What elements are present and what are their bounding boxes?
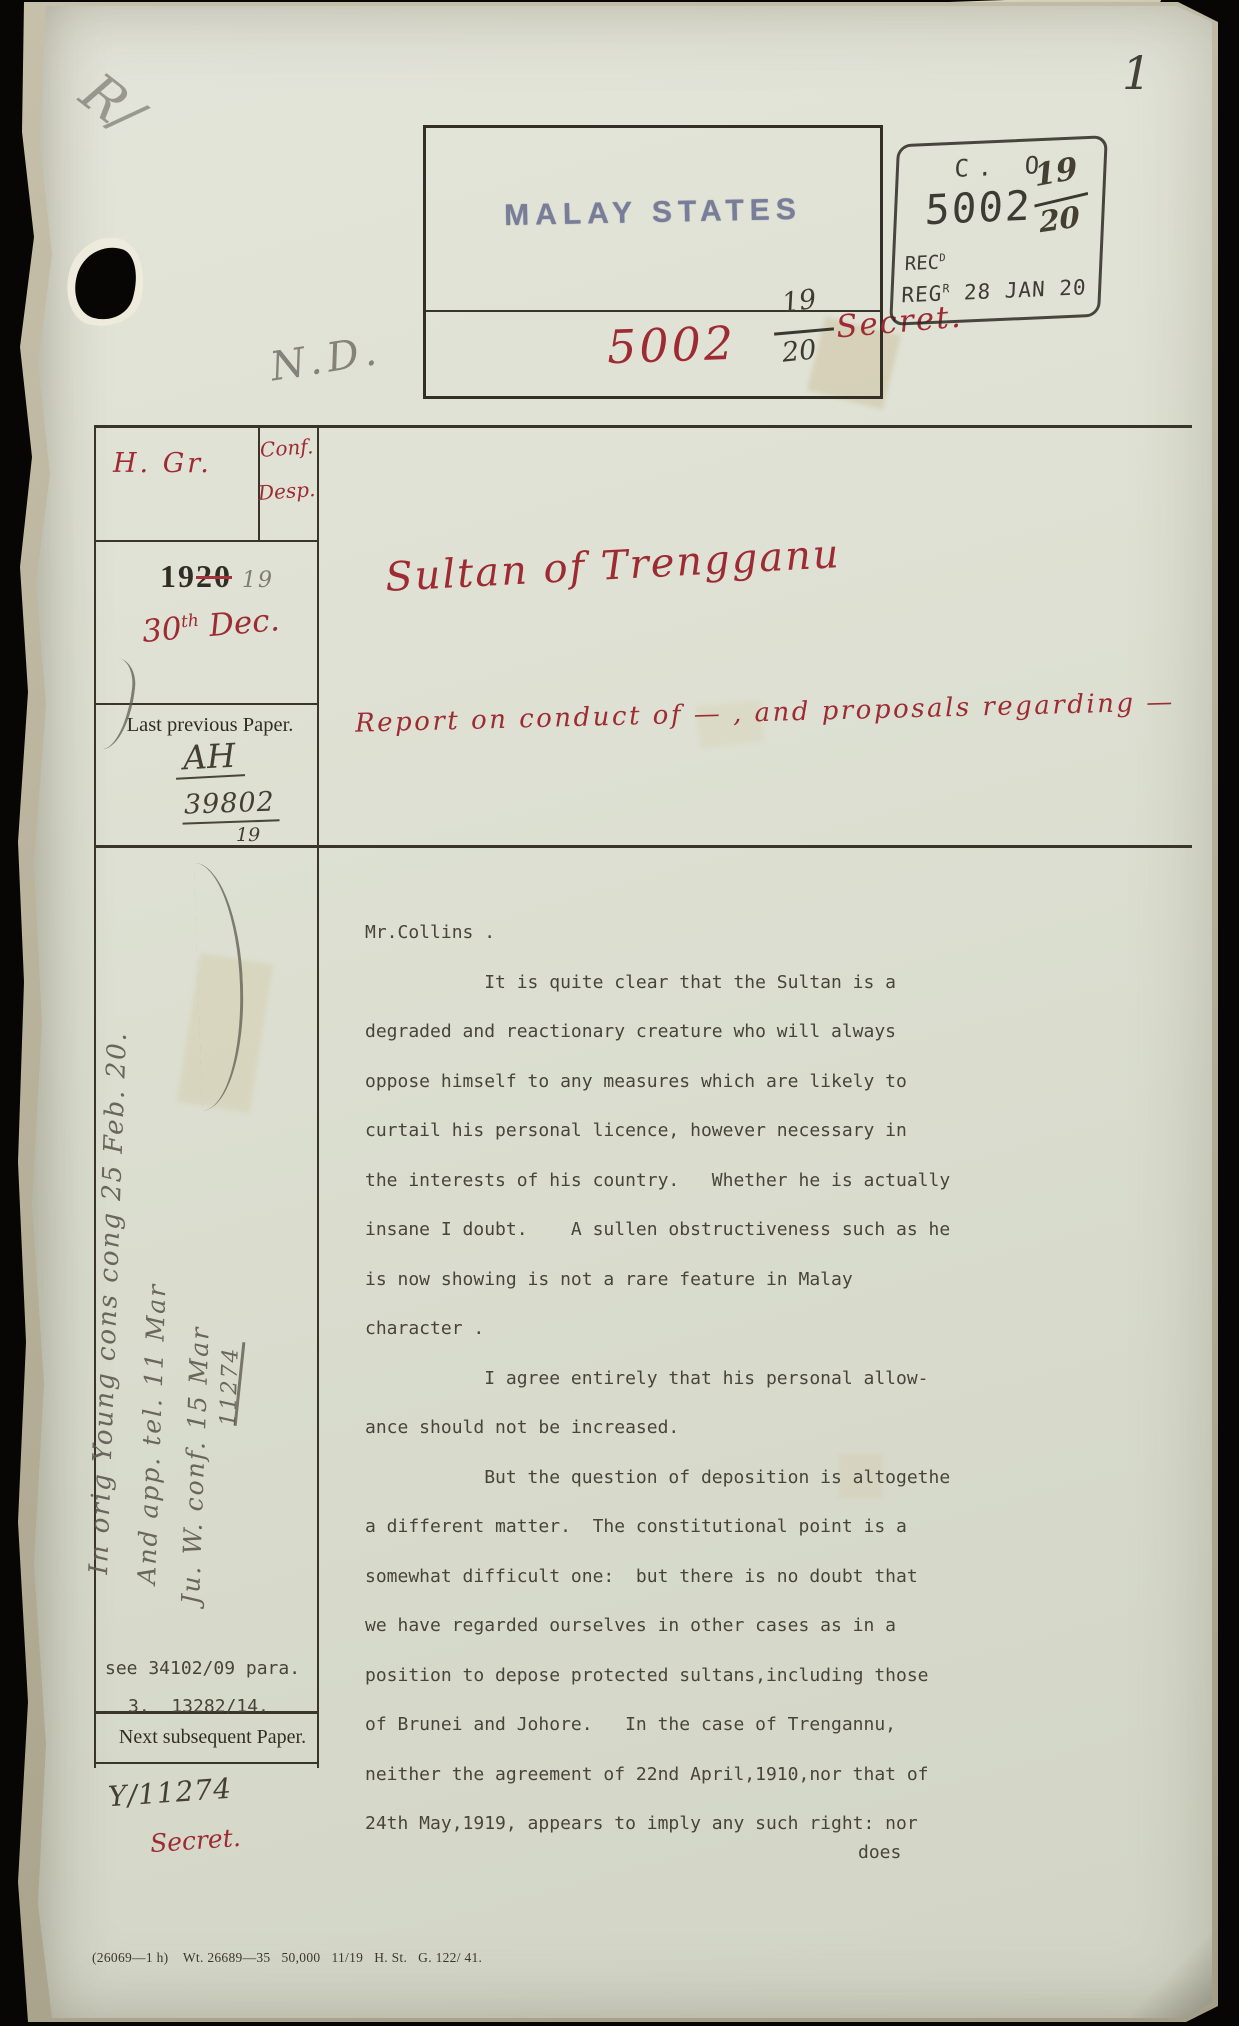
margin-pencil-note: And app. tel. 11 Mar: [132, 1282, 172, 1585]
corner-pencil-mark: R/: [69, 61, 154, 147]
minute-date: 30th Dec.: [141, 602, 281, 650]
typed-line: character .: [365, 1304, 950, 1354]
received-text: REC: [904, 252, 939, 276]
typed-line: of Brunei and Johore. In the case of Tre…: [365, 1700, 950, 1750]
margin-reference-line2: 3. 13282/14.: [128, 1696, 269, 1717]
last-previous-label: Last previous Paper.: [100, 714, 320, 737]
typed-line: insane I doubt. A sullen obstructiveness…: [365, 1205, 950, 1255]
corner-crease: [1102, 1934, 1212, 2018]
registered-text: REG: [901, 281, 943, 307]
subject-description: Report on conduct of — , and proposals r…: [355, 687, 1175, 738]
red-file-fraction-top: 19: [780, 284, 818, 319]
registered-date: 28 JAN 20: [963, 275, 1087, 304]
last-previous-number: 39802: [181, 786, 279, 824]
conf-label: Conf.: [259, 434, 314, 462]
page-number: 1: [1122, 46, 1151, 100]
desp-label: Desp.: [257, 477, 316, 505]
co-registry-stamp: C. O 5002 19 20 RECD REGR 28 JAN 20: [889, 135, 1108, 326]
registered-sup: R: [942, 281, 951, 295]
co-stamp-fraction-bottom: 20: [1038, 199, 1080, 239]
typed-line: somewhat difficult one: but there is no …: [365, 1552, 950, 1602]
typed-line: oppose himself to any measures which are…: [365, 1057, 950, 1107]
last-previous-initials: AH: [174, 735, 245, 780]
typed-line: neither the agreement of 22nd April,1910…: [365, 1750, 950, 1800]
co-stamp-registered: REGR 28 JAN 20: [901, 275, 1087, 307]
left-column-rule: [94, 1762, 319, 1764]
next-subsequent-secret: Secret.: [149, 1823, 241, 1858]
typed-line: But the question of deposition is altoge…: [365, 1453, 950, 1503]
year-printed: 19: [160, 558, 196, 594]
pencil-stroke: [85, 656, 139, 753]
catchword: does: [858, 1842, 901, 1863]
margin-pencil-note: In orig Young cons cong 25 Feb. 20.: [84, 1030, 133, 1575]
typed-line: I agree entirely that his personal allow…: [365, 1354, 950, 1404]
date-month: Dec.: [208, 602, 281, 644]
typed-line: is now showing is not a rare feature in …: [365, 1255, 950, 1305]
red-file-number: 5002: [606, 316, 737, 374]
typed-line: curtail his personal licence, however ne…: [365, 1106, 950, 1156]
typed-line: ance should not be increased.: [365, 1403, 950, 1453]
date-day: 30: [141, 611, 183, 650]
nd-pencil-note: N.D.: [267, 327, 385, 390]
typed-line: position to depose protected sultans,inc…: [365, 1651, 950, 1701]
last-previous-fraction: 19: [236, 824, 260, 846]
date-suffix: th: [180, 611, 200, 632]
typed-line: we have regarded ourselves in other case…: [365, 1601, 950, 1651]
left-column-right-border: [317, 425, 319, 1768]
left-column-rule: [94, 540, 319, 542]
malay-states-stamp: MALAY STATES: [426, 191, 881, 235]
next-subsequent-label: Next subsequent Paper.: [100, 1726, 325, 1749]
year-row: 1920 19: [160, 558, 274, 595]
received-sup: D: [939, 252, 946, 264]
minute-initials: H. Gr.: [113, 448, 212, 479]
margin-reference-line1: see 34102/09 para.: [105, 1658, 300, 1679]
typed-line: Mr.Collins .: [365, 908, 950, 958]
margin-pencil-note: Ju. W. conf. 15 Mar: [176, 1325, 215, 1605]
subject-heading: Sultan of Trengganu: [384, 531, 842, 601]
year-correction: 19: [242, 568, 274, 593]
red-file-fraction-bottom: 20: [780, 334, 817, 368]
minute-body: Mr.Collins . It is quite clear that the …: [365, 908, 950, 1849]
co-stamp-number: 5002: [924, 181, 1033, 234]
typed-line: degraded and reactionary creature who wi…: [365, 1007, 950, 1057]
typed-line: the interests of his country. Whether he…: [365, 1156, 950, 1206]
next-subsequent-number: Y/11274: [107, 1772, 233, 1814]
co-stamp-fraction-top: 19: [1033, 151, 1079, 194]
printer-imprint: (26069—1 h) Wt. 26689—35 50,000 11/19 H.…: [92, 1950, 482, 1966]
typed-line: It is quite clear that the Sultan is a: [365, 958, 950, 1008]
typed-line: a different matter. The constitutional p…: [365, 1502, 950, 1552]
minute-paper-page: R/ 1 N.D. MALAY STATES 5002 19 20 Secret…: [30, 6, 1212, 2018]
document-scan: R/ 1 N.D. MALAY STATES 5002 19 20 Secret…: [0, 0, 1239, 2026]
co-stamp-received: RECD: [904, 251, 946, 275]
year-struck: 20: [196, 558, 232, 594]
